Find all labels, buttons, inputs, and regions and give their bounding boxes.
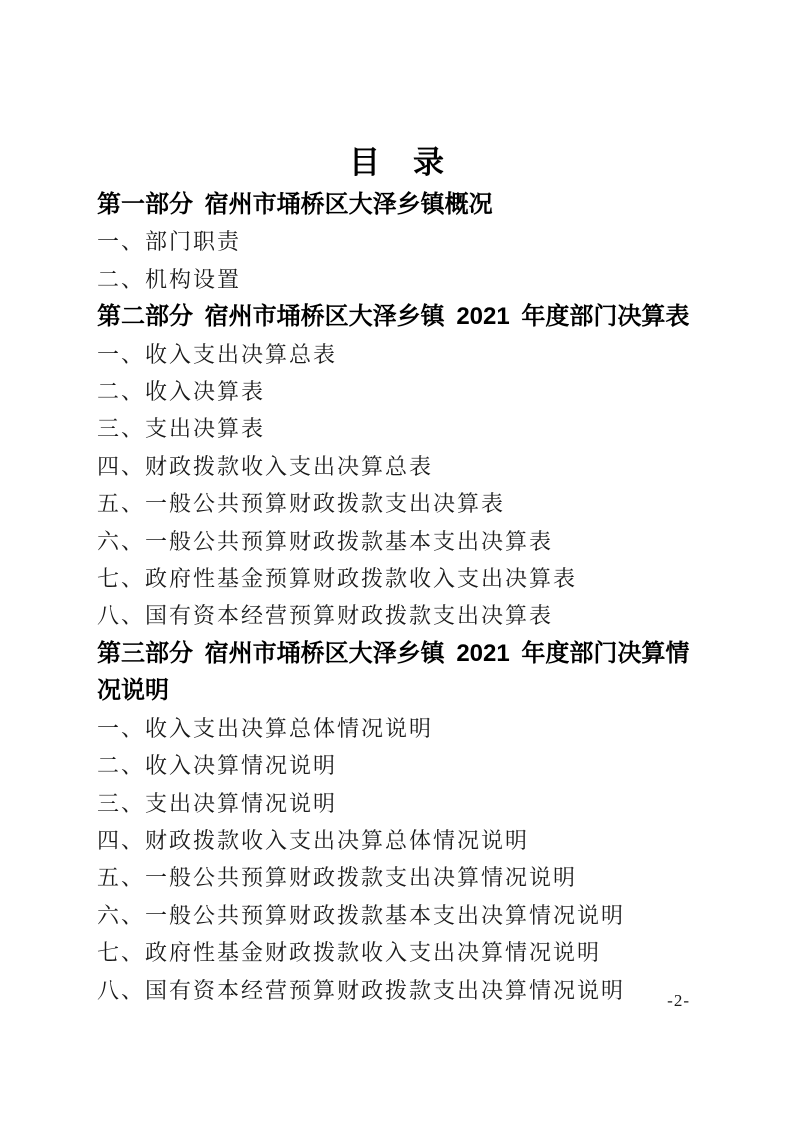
toc-item: 七、政府性基金预算财政拨款收入支出决算表	[97, 560, 697, 597]
toc-section-heading: 第一部分 宿州市埇桥区大泽乡镇概况	[97, 186, 697, 223]
toc-section-part3: 第三部分 宿州市埇桥区大泽乡镇 2021 年度部门决算情况说明 一、收入支出决算…	[97, 635, 697, 1009]
toc-item: 八、国有资本经营预算财政拨款支出决算表	[97, 597, 697, 634]
toc-section-heading: 第三部分 宿州市埇桥区大泽乡镇 2021 年度部门决算情况说明	[97, 635, 697, 710]
toc-item: 四、财政拨款收入支出决算总表	[97, 448, 697, 485]
toc-item: 七、政府性基金财政拨款收入支出决算情况说明	[97, 934, 697, 971]
toc-item: 二、机构设置	[97, 261, 697, 298]
toc-item: 八、国有资本经营预算财政拨款支出决算情况说明	[97, 972, 697, 1009]
toc-item: 四、财政拨款收入支出决算总体情况说明	[97, 822, 697, 859]
toc-item: 三、支出决算表	[97, 410, 697, 447]
toc-section-heading: 第二部分 宿州市埇桥区大泽乡镇 2021 年度部门决算表	[97, 298, 697, 335]
page-title: 目 录	[97, 139, 697, 186]
toc-item: 三、支出决算情况说明	[97, 785, 697, 822]
toc-item: 一、收入支出决算总体情况说明	[97, 710, 697, 747]
page-number: -2-	[667, 991, 690, 1011]
toc-item: 五、一般公共预算财政拨款支出决算情况说明	[97, 859, 697, 896]
toc-item: 五、一般公共预算财政拨款支出决算表	[97, 485, 697, 522]
toc-item: 二、收入决算情况说明	[97, 747, 697, 784]
toc: 第一部分 宿州市埇桥区大泽乡镇概况 一、部门职责 二、机构设置 第二部分 宿州市…	[97, 186, 697, 1009]
document-page: 目 录 第一部分 宿州市埇桥区大泽乡镇概况 一、部门职责 二、机构设置 第二部分…	[97, 139, 697, 1009]
toc-item: 二、收入决算表	[97, 373, 697, 410]
toc-item: 一、收入支出决算总表	[97, 336, 697, 373]
toc-item: 六、一般公共预算财政拨款基本支出决算情况说明	[97, 897, 697, 934]
toc-item: 六、一般公共预算财政拨款基本支出决算表	[97, 523, 697, 560]
toc-section-part2: 第二部分 宿州市埇桥区大泽乡镇 2021 年度部门决算表 一、收入支出决算总表 …	[97, 298, 697, 635]
toc-item: 一、部门职责	[97, 223, 697, 260]
toc-section-part1: 第一部分 宿州市埇桥区大泽乡镇概况 一、部门职责 二、机构设置	[97, 186, 697, 298]
